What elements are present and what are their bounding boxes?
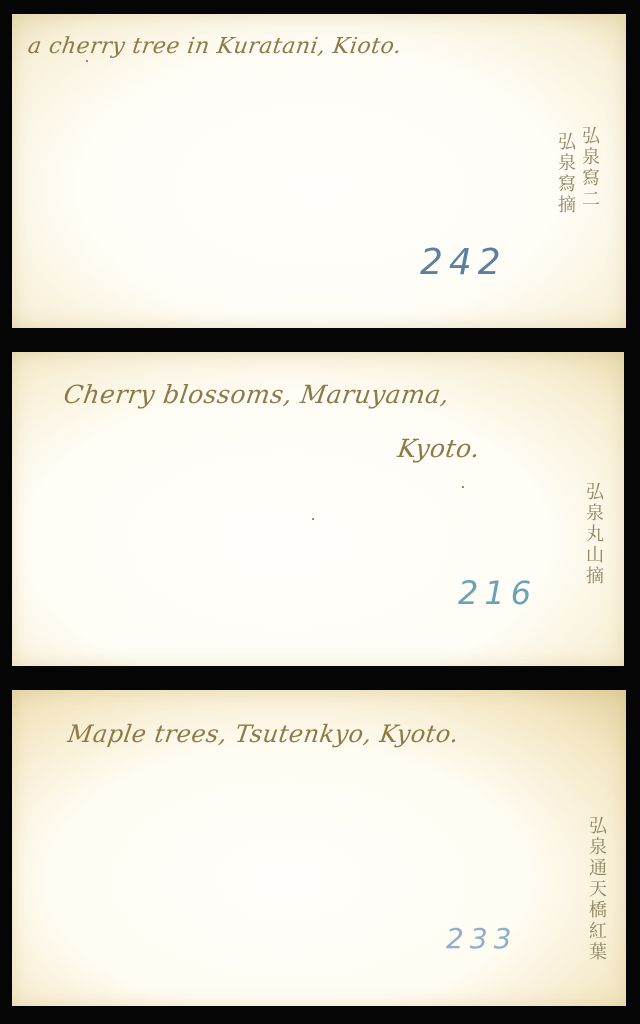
- handwritten-caption: a cherry tree in Kuratani, Kioto.: [26, 34, 403, 59]
- photo-card-back-1: a cherry tree in Kuratani, Kioto. 242 弘泉…: [12, 14, 626, 328]
- kanji-line: 弘泉寫摘: [555, 132, 576, 216]
- handwritten-caption: Cherry blossoms, Maruyama,: [62, 380, 451, 409]
- catalog-number: 233: [446, 922, 517, 955]
- handwritten-caption-line-2: Kyoto.: [396, 434, 482, 463]
- photo-card-back-2: Cherry blossoms, Maruyama, Kyoto. 216 弘泉…: [12, 352, 624, 666]
- kanji-line: 弘泉通天橋紅葉: [586, 816, 607, 963]
- japanese-inscription: 弘泉寫二: [580, 126, 598, 296]
- japanese-inscription: 弘泉通天橋紅葉: [587, 816, 605, 996]
- catalog-number: 242: [420, 242, 507, 283]
- handwritten-caption: Maple trees, Tsutenkyo, Kyoto.: [66, 720, 461, 748]
- kanji-line: 弘泉丸山摘: [583, 482, 604, 587]
- photo-card-back-3: Maple trees, Tsutenkyo, Kyoto. 233 弘泉通天橋…: [12, 690, 626, 1006]
- japanese-inscription: 弘泉寫摘: [556, 132, 574, 302]
- catalog-number: 216: [458, 574, 537, 612]
- kanji-line: 弘泉寫二: [579, 126, 600, 210]
- japanese-inscription: 弘泉丸山摘: [584, 482, 602, 642]
